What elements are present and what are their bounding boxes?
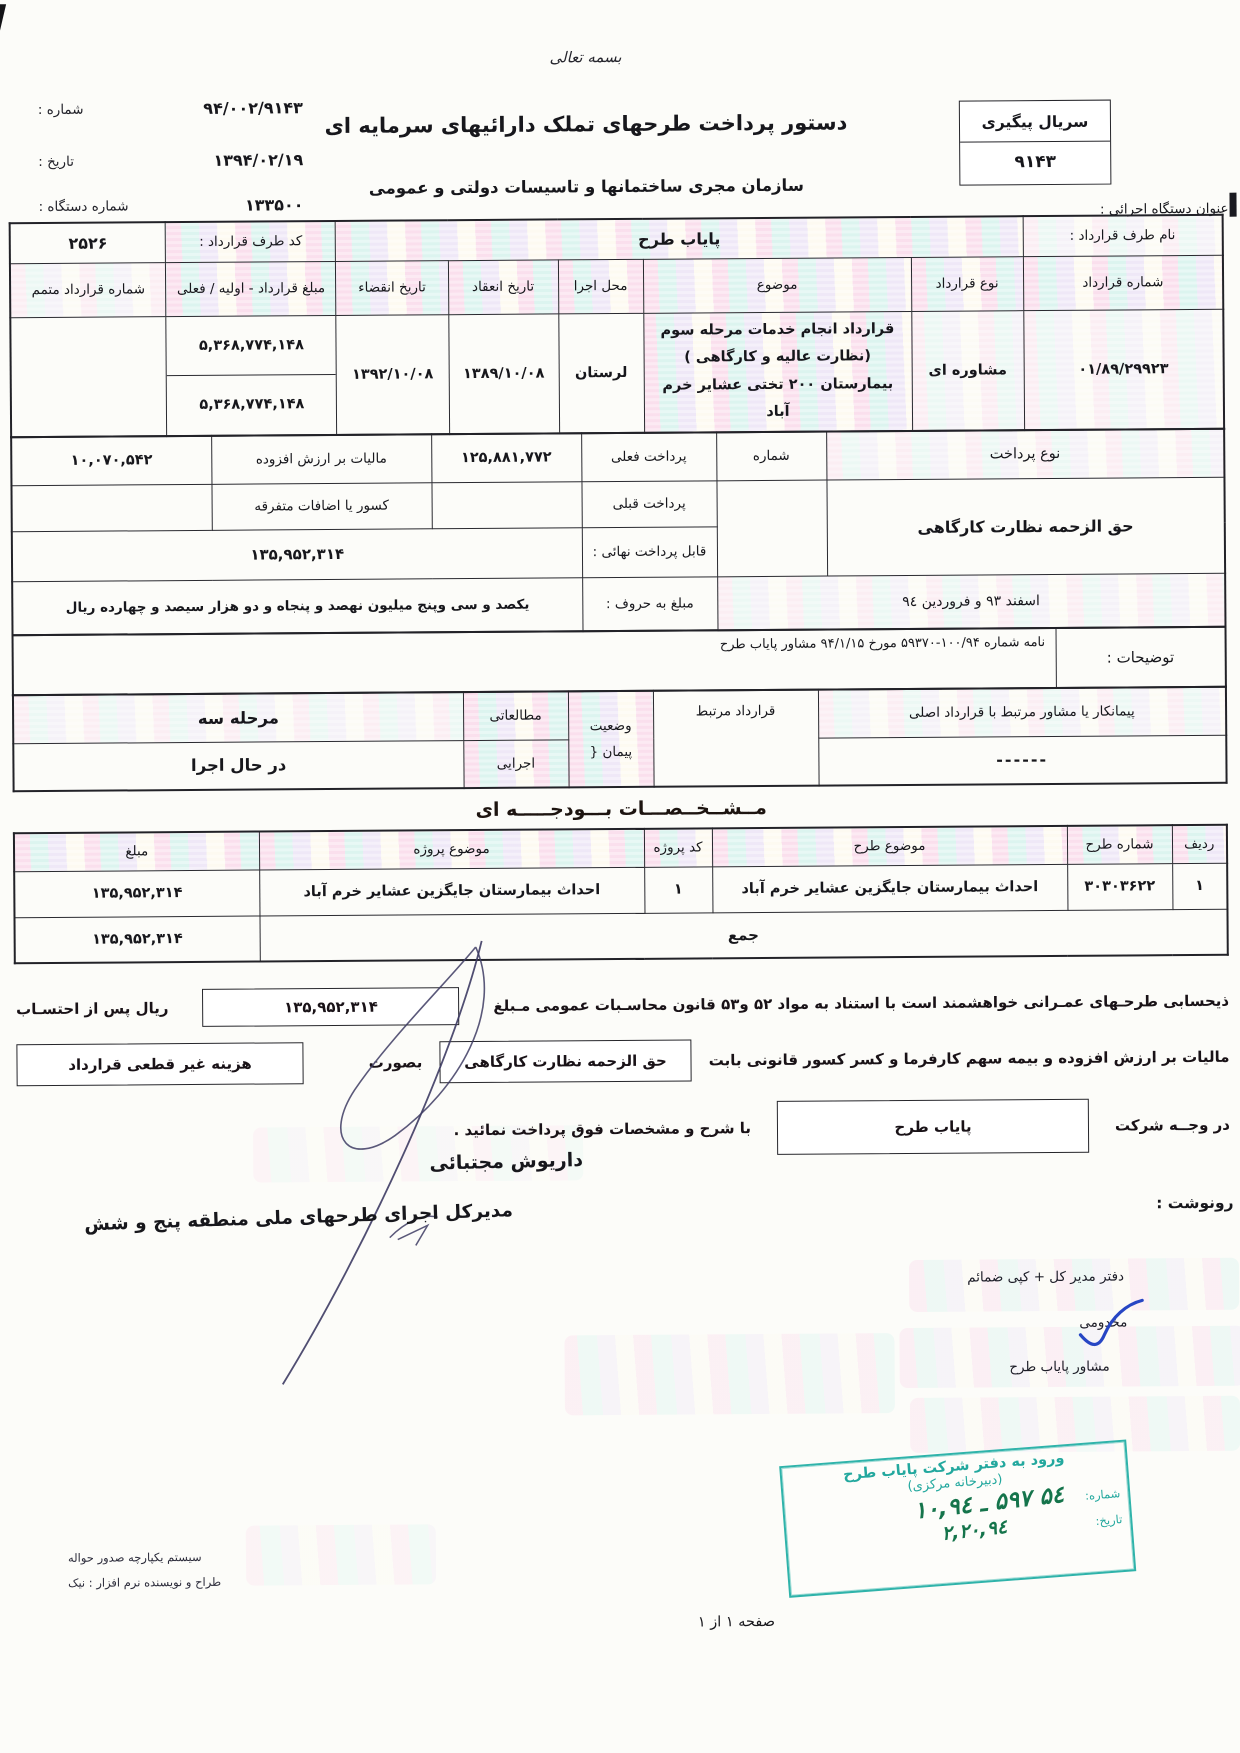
contract-status-line2: پیمان {: [573, 744, 649, 761]
organization-name: سازمان مجری ساختمانها و تاسیسات دولتی و …: [326, 175, 846, 198]
budget-sum-label: جمع: [259, 909, 1227, 962]
contract-no-value: ۰۱/۸۹/۲۹۹۲۳: [1023, 309, 1224, 430]
scan-color-band: [899, 1326, 1240, 1388]
col-header-amount: مبلغ قرارداد - اولیه / فعلی: [166, 261, 336, 316]
col-header-subject: موضوع: [643, 257, 911, 313]
document-title: دستور پرداخت طرحهای تملک دارائیهای سرمای…: [296, 110, 876, 138]
payment-period-value: اسفند ۹۳ و فروردین ۹٤: [717, 573, 1225, 631]
status-exec-label: اجرایی: [463, 739, 568, 788]
col-header-contract-type: نوع قرارداد: [911, 256, 1023, 311]
contract-phase-value: مرحله سه: [13, 692, 463, 743]
related-contract-label: قرارداد مرتبط: [653, 690, 819, 787]
form-body: نام طرف قرارداد : پایاب طرح کد طرف قرارد…: [11, 214, 1231, 1160]
payee-box: پایاب طرح: [777, 1099, 1089, 1155]
scanned-payment-order-page: بسمه تعالی دستور پرداخت طرحهای تملک دارا…: [0, 0, 1240, 1753]
contract-table: نام طرف قرارداد : پایاب طرح کد طرف قرارد…: [9, 214, 1226, 438]
contract-amount-current: ۵,۳۶۸,۷۷۴,۱۴۸: [167, 374, 336, 434]
instruction-line-1: ذیحسابی طرحـهای عمـرانی خواهشمند است با …: [16, 982, 1229, 1028]
entry-stamp: ورود به دفتر شرکت پایاب طرح (دبیرخانه مر…: [779, 1440, 1136, 1598]
budget-section-title: مــشــخــصـــات بـــودجـــــه ای: [15, 794, 1228, 824]
instruction-line3-tail: با شرح و مشخصات فوق پرداخت نمائید .: [454, 1119, 752, 1139]
payment-current-value: ۱۲۵,۸۸۱,۷۷۲: [431, 433, 581, 482]
related-contractor-value: ------: [818, 735, 1226, 786]
instruction-line1-text: ذیحسابی طرحـهای عمـرانی خواهشمند است با …: [493, 992, 1229, 1015]
col-header-location: محل اجرا: [558, 259, 643, 314]
party-code-label: کد طرف قرارداد :: [166, 221, 336, 262]
stamp-date-label: تاریخ:: [1076, 1512, 1123, 1529]
payment-table: نوع پرداخت شماره پرداخت فعلی ۱۲۵,۸۸۱,۷۷۲…: [10, 428, 1226, 636]
page-number: صفحه ۱ از ۱: [646, 1614, 826, 1631]
scan-color-band: [246, 1524, 436, 1585]
budget-header-project-code: کد پروژه: [644, 828, 712, 866]
instruction-line1-tail: ریال پس از احتسـاب: [16, 999, 168, 1018]
stamp-number-label: شماره:: [1074, 1486, 1121, 1503]
budget-header-amount: مبلغ: [14, 832, 259, 872]
contract-expiry-date-value: ۱۳۹۲/۱۰/۰۸: [336, 314, 449, 435]
scan-color-band: [564, 1333, 895, 1415]
contract-amount-initial: ۵,۳۶۸,۷۷۴,۱۴۸: [167, 316, 336, 375]
col-header-expiry-date: تاریخ انقضاء: [336, 260, 448, 315]
signer-title: مدیرکل اجرای طرحهای ملی منطقه پنج و شش: [83, 1200, 513, 1235]
instruction-line2-text: مالیات بر ارزش افزوده و بیمه سهم کارفرما…: [709, 1048, 1230, 1070]
payment-number-label: شماره: [716, 432, 826, 481]
budget-project-subject: احداث بیمارستان جایگزین عشایر خرم آباد: [259, 867, 644, 916]
budget-row-no: ۱: [1172, 863, 1227, 909]
notes-label: توضیحات :: [1055, 627, 1225, 688]
tracking-serial-box: سریال پیگیری ۹۱۴۳: [959, 100, 1112, 186]
budget-plan-subject: احداث بیمارستان جایگزین عشایر خرم آباد: [712, 864, 1067, 912]
contract-amounts-cell: ۵,۳۶۸,۷۷۴,۱۴۸ ۵,۳۶۸,۷۷۴,۱۴۸: [166, 315, 337, 436]
footer-software-author: طراح و نویسنده نرم افزار : نیک: [68, 1575, 221, 1590]
contract-subject-value: قرارداد انجام خدمات مرحله سوم (نظارت عال…: [643, 311, 912, 433]
checkmark-icon: [1074, 1298, 1146, 1357]
related-contract-table: پیمانکار یا مشاور مرتبط با قرارداد اصلی …: [12, 686, 1228, 792]
contract-state-value: در حال اجرا: [13, 740, 463, 791]
budget-header-plan-no: شماره طرح: [1067, 825, 1172, 864]
contract-location-value: لرستان: [558, 313, 644, 434]
doc-number-row: ۹۴/۰۰۲/۹۱۴۳ شماره :: [38, 98, 303, 119]
scan-edge-artifact: [1229, 193, 1236, 217]
supplement-no-value: [10, 316, 167, 437]
document-sheet: بسمه تعالی دستور پرداخت طرحهای تملک دارا…: [0, 0, 1240, 1753]
amount-in-words-label: مبلغ به حروف :: [582, 576, 717, 631]
doc-number-label: شماره :: [38, 101, 84, 117]
contract-sign-date-value: ۱۳۸۹/۱۰/۰۸: [448, 313, 559, 434]
amount-in-words-value: یکصد و سی وپنج میلیون نهصد و پنجاه و دو …: [12, 577, 582, 635]
notes-value: نامه شماره ۱۰۰/۹۴-۵۹۳۷۰ مورخ ۹۴/۱/۱۵ مشا…: [13, 628, 1056, 695]
expense-type-box: هزینه غیر قطعی قرارداد: [16, 1042, 303, 1086]
doc-number-value: ۹۴/۰۰۲/۹۱۴۳: [203, 98, 303, 118]
instruction-line-3: در وجــه شرکت پایاب طرح با شرح و مشخصات …: [17, 1098, 1230, 1160]
device-number-row: ۱۳۳۵۰۰ شماره دستگاه :: [38, 195, 303, 216]
payment-deductions-label: کسور یا اضافات متفرقه: [211, 482, 431, 530]
payment-type-value: حق الزحمه نظارت کارگاهی: [826, 477, 1225, 576]
budget-sum-value: ۱۳۵,۹۵۲,۳۱۴: [14, 916, 259, 964]
budget-project-code: ۱: [644, 866, 712, 912]
payment-final-value: ۱۳۵,۹۵۲,۳۱۴: [12, 527, 582, 581]
col-header-sign-date: تاریخ انعقاد: [448, 259, 558, 314]
instruction-line-2: مالیات بر ارزش افزوده و بیمه سهم کارفرما…: [16, 1036, 1229, 1086]
contract-type-value: مشاوره ای: [911, 310, 1024, 431]
budget-table: ردیف شماره طرح موضوع طرح کد پروژه موضوع …: [13, 824, 1229, 964]
cc-label: رونوشت :: [1153, 1194, 1233, 1213]
party-code-value: ۲۵۲۶: [10, 222, 166, 263]
status-study-label: مطالعاتی: [463, 691, 568, 740]
payment-number-value: [716, 480, 827, 577]
budget-header-plan-subject: موضوع طرح: [712, 826, 1067, 866]
budget-header-project-subject: موضوع پروژه: [259, 829, 644, 870]
device-number-value: ۱۳۳۵۰۰: [245, 195, 304, 214]
bismillah-text: بسمه تعالی: [465, 47, 705, 67]
fee-type-box: حق الزحمه نظارت کارگاهی: [439, 1040, 691, 1084]
footer-system-name: سیستم یکپارچه صدور حواله: [68, 1550, 202, 1565]
device-number-label: شماره دستگاه :: [38, 198, 128, 215]
payment-type-label: نوع پرداخت: [826, 429, 1224, 480]
payment-final-label: قابل پرداخت نهائی :: [582, 526, 717, 577]
instruction-paragraph: ذیحسابی طرحـهای عمـرانی خواهشمند است با …: [16, 982, 1230, 1160]
amount-box: ۱۳۵,۹۵۲,۳۱۴: [202, 987, 459, 1027]
budget-amount: ۱۳۵,۹۵۲,۳۱۴: [14, 870, 259, 918]
budget-header-row-no: ردیف: [1172, 825, 1227, 863]
payment-vat-label: مالیات بر ارزش افزوده: [211, 434, 431, 484]
budget-plan-no: ۳۰۳۰۳۶۲۲: [1067, 863, 1172, 910]
payment-vat-value: ۱۰,۰۷۰,۵۴۲: [11, 436, 211, 485]
cc-item-office: دفتر مدیر کل + کپی ضمائم: [924, 1268, 1124, 1285]
payment-previous-value: [431, 481, 581, 528]
party-name-value: پایاب طرح: [336, 216, 1023, 261]
party-name-label: نام طرف قرارداد :: [1023, 215, 1223, 256]
doc-date-row: ۱۳۹۴/۰۲/۱۹ تاریخ :: [38, 150, 303, 171]
payment-previous-label: پرداخت قبلی: [581, 480, 716, 527]
doc-date-label: تاریخ :: [38, 153, 74, 169]
related-contractor-label: پیمانکار یا مشاور مرتبط با قرارداد اصلی: [818, 687, 1226, 738]
cc-item-consultant: مشاور پایاب طرح: [970, 1359, 1110, 1376]
scan-corner-artifact: [0, 4, 6, 50]
col-header-contract-no: شماره قرارداد: [1023, 255, 1223, 310]
signer-name: داریوش مجتبائی: [411, 1148, 601, 1175]
instruction-line3-text: در وجــه شرکت: [1115, 1116, 1230, 1135]
payment-deductions-value: [11, 484, 211, 531]
notes-table: توضیحات : نامه شماره ۱۰۰/۹۴-۵۹۳۷۰ مورخ ۹…: [12, 626, 1227, 696]
payment-current-label: پرداخت فعلی: [581, 432, 716, 481]
doc-date-value: ۱۳۹۴/۰۲/۱۹: [213, 150, 303, 170]
tracking-serial-label: سریال پیگیری: [960, 101, 1110, 143]
instruction-line2-mid: بصورت: [369, 1053, 423, 1071]
tracking-serial-value: ۹۱۴۳: [960, 142, 1110, 185]
col-header-supplement-no: شماره قرارداد متمم: [10, 262, 166, 317]
contract-status-cell: وضعیت پیمان {: [568, 691, 654, 788]
contract-status-line1: وضعیت: [573, 718, 649, 735]
